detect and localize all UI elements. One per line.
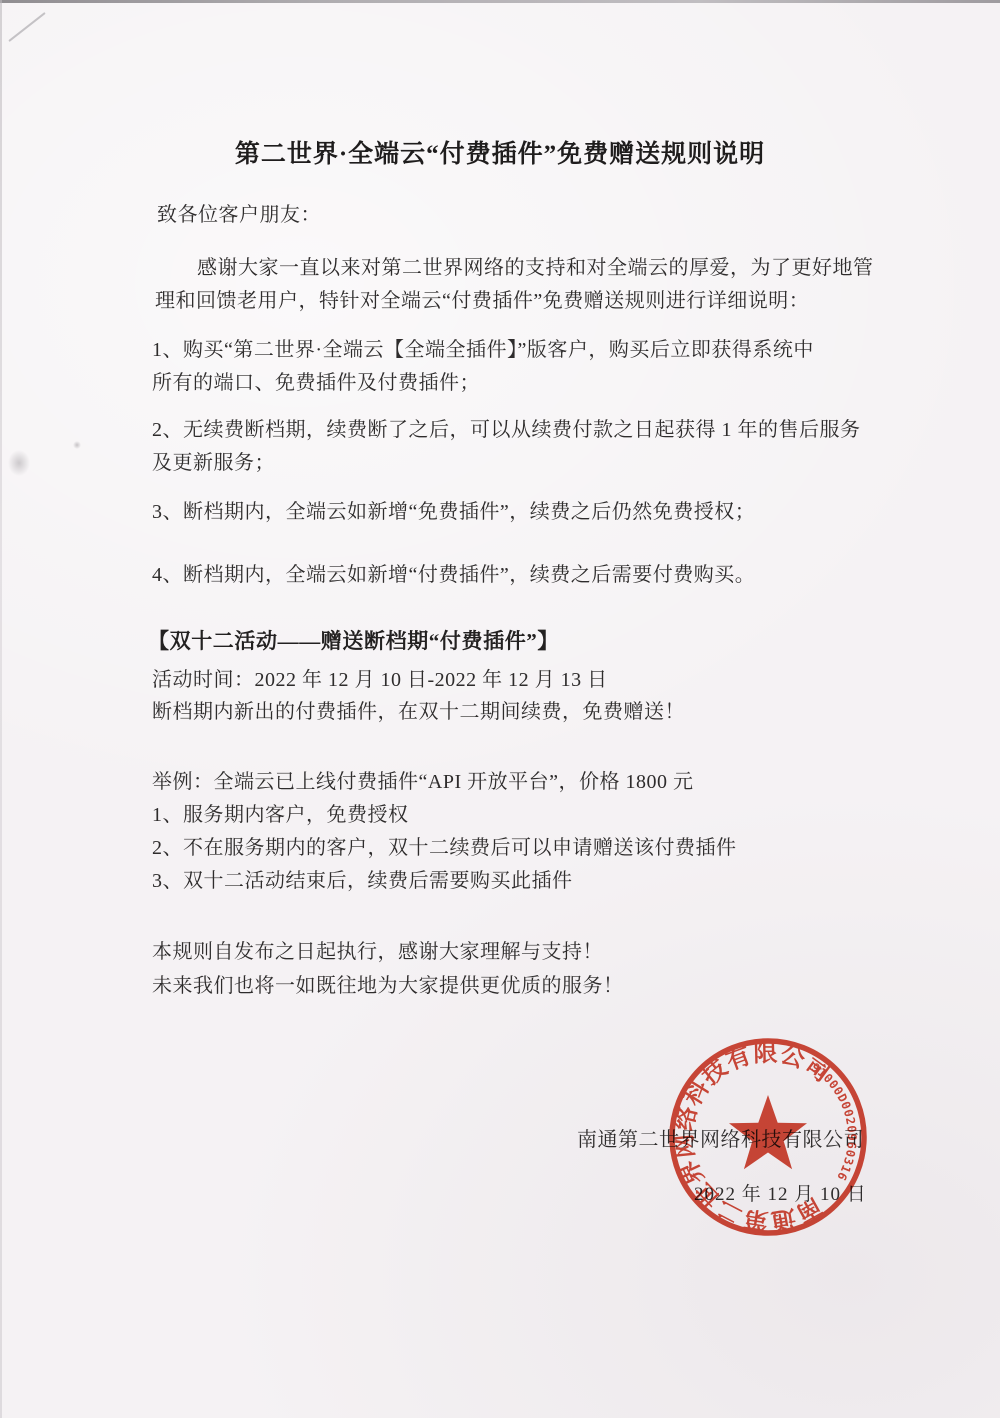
rule-3-line: 3、断档期内，全端云如新增“免费插件”，续费之后仍然免费授权；	[152, 500, 755, 524]
example-item-line: 1、服务期内客户，免费授权	[152, 803, 409, 827]
scan-smudge	[8, 450, 30, 476]
event-time-line: 活动时间：2022 年 12 月 10 日-2022 年 12 月 13 日	[152, 668, 608, 692]
example-intro-line: 举例：全端云已上线付费插件“API 开放平台”，价格 1800 元	[152, 770, 693, 794]
intro-line: 感谢大家一直以来对第二世界网络的支持和对全端云的厚爱，为了更好地管	[197, 256, 874, 280]
example-item-line: 2、不在服务期内的客户，双十二续费后可以申请赠送该付费插件	[152, 836, 737, 860]
event-note-line: 断档期内新出的付费插件，在双十二期间续费，免费赠送！	[152, 700, 685, 724]
scan-scratch-artifact	[8, 12, 45, 42]
event-section-heading: 【双十二活动——赠送断档期“付费插件”】	[148, 629, 559, 654]
example-item-line: 3、双十二活动结束后，续费后需要购买此插件	[152, 869, 573, 893]
company-seal: 南通第二世界网络科技有限公司 91000D0020960316	[663, 1032, 873, 1242]
seal-star-icon	[729, 1095, 807, 1169]
closing-line: 本规则自发布之日起执行，感谢大家理解与支持！	[152, 940, 603, 964]
rule-2-line: 2、无续费断档期，续费断了之后，可以从续费付款之日起获得 1 年的售后服务	[152, 418, 861, 442]
salutation: 致各位客户朋友：	[157, 203, 321, 227]
rule-4-line: 4、断档期内，全端云如新增“付费插件”，续费之后需要付费购买。	[152, 563, 755, 587]
rule-1-line: 1、购买“第二世界·全端云【全端全插件】”版客户，购买后立即获得系统中	[152, 338, 814, 362]
document-title: 第二世界·全端云“付费插件”免费赠送规则说明	[0, 134, 1000, 170]
intro-line: 理和回馈老用户，特针对全端云“付费插件”免费赠送规则进行详细说明：	[155, 289, 809, 313]
scan-edge-artifact	[0, 0, 2, 1418]
rule-2-line: 及更新服务；	[152, 451, 275, 475]
scanned-document-page: 第二世界·全端云“付费插件”免费赠送规则说明 致各位客户朋友： 感谢大家一直以来…	[0, 0, 1000, 1418]
closing-line: 未来我们也将一如既往地为大家提供更优质的服务！	[152, 974, 624, 998]
scan-edge-artifact	[0, 0, 1000, 3]
scan-smudge	[73, 441, 81, 449]
rule-1-line: 所有的端口、免费插件及付费插件；	[152, 371, 480, 395]
